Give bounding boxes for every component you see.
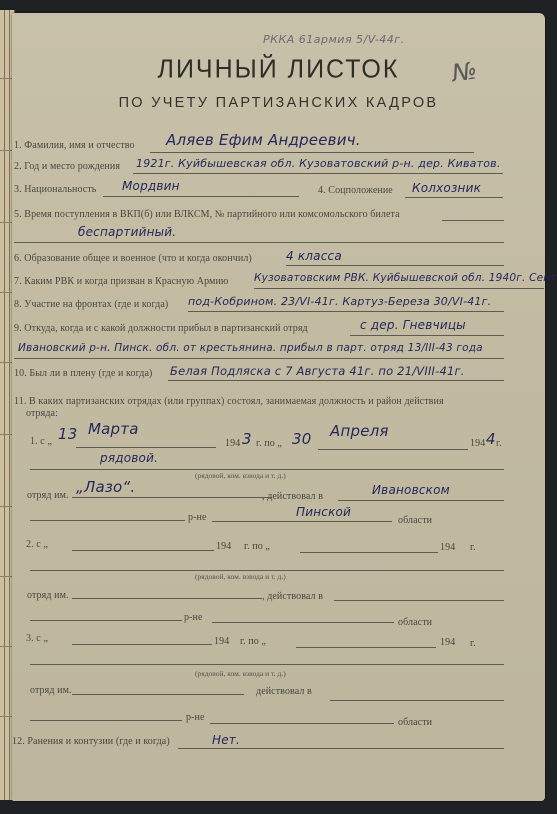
region-value: Пинской — [296, 505, 351, 519]
fill-line — [188, 311, 504, 312]
acted-in-value: Ивановском — [372, 483, 450, 497]
handwritten-value: Мордвин — [122, 179, 180, 193]
fill-line — [334, 600, 504, 601]
document-subtitle: ПО УЧЕТУ ПАРТИЗАНСКИХ КАДРОВ — [0, 95, 557, 111]
to-label: г. по „ — [256, 438, 282, 449]
year-end: г. — [470, 638, 476, 649]
position-value: рядовой. — [100, 451, 158, 465]
fill-line — [178, 748, 504, 749]
fill-line — [30, 620, 182, 621]
field-label: 7. Каким РВК и когда призван в Красную А… — [14, 276, 229, 287]
handwritten-value: Аляев Ефим Андреевич. — [166, 131, 361, 149]
year-suffix: 3 — [242, 430, 252, 448]
field-label: отряда: — [26, 408, 58, 419]
fill-line — [30, 469, 504, 470]
year-prefix: 194 — [440, 637, 455, 648]
detachment-label: отряд им. — [27, 490, 69, 501]
position-hint: (рядовой, ком. взвода и т. д.) — [195, 669, 286, 678]
fill-line — [133, 173, 503, 174]
fill-line — [442, 220, 504, 221]
handwritten-value: Белая Подляска с 7 Августа 41г. по 21/VI… — [170, 364, 465, 378]
year-suffix: 4 — [486, 430, 496, 448]
fill-line — [76, 447, 216, 448]
entry-number: 2. с „ — [26, 539, 48, 550]
year-prefix: 194 — [440, 542, 455, 553]
handwritten-value: Колхозник — [412, 181, 481, 195]
position-hint: (рядовой, ком. взвода и т. д.) — [195, 471, 286, 480]
detachment-label: отряд им. — [27, 590, 69, 601]
field-label: 4. Соцположение — [318, 185, 393, 196]
field-label: 2. Год и место рождения — [14, 161, 120, 172]
handwritten-value: под-Кобрином. 23/VI-41г. Картуз-Береза 3… — [188, 295, 491, 308]
fill-line — [72, 644, 212, 645]
acted-label: , действовал в — [262, 591, 323, 602]
fill-line — [72, 497, 272, 498]
handwritten-value: 1921г. Куйбышевская обл. Кузоватовский р… — [136, 157, 501, 170]
fill-line — [30, 720, 182, 721]
field-label: 3. Национальность — [14, 184, 96, 195]
fill-line — [72, 694, 244, 695]
year-prefix: 194 — [214, 636, 229, 647]
to-label: г. по „ — [240, 636, 266, 647]
fill-line — [330, 700, 504, 701]
fill-line — [14, 358, 504, 359]
acted-label: , действовал в — [262, 491, 323, 502]
fill-line — [212, 622, 394, 623]
field-label: 6. Образование общее и военное (что и ко… — [14, 253, 252, 264]
fill-line — [210, 723, 394, 724]
field-label: 9. Откуда, когда и с какой должности при… — [14, 323, 308, 334]
month-from: Марта — [88, 420, 139, 438]
fill-line — [338, 500, 504, 501]
field-label: 12. Ранения и контузии (где и когда) — [12, 736, 170, 747]
fill-line — [103, 196, 299, 197]
district-label: р-не — [188, 512, 207, 523]
day-to: 30 — [292, 430, 312, 448]
region-label: области — [398, 617, 432, 628]
field-label: 11. В каких партизанских отрядах (или гр… — [14, 396, 444, 407]
year-prefix: 194 — [225, 438, 240, 449]
fill-line — [150, 152, 474, 153]
field-label: 8. Участие на фронтах (где и когда) — [14, 299, 168, 310]
detachment-name: „Лазо“. — [76, 478, 135, 496]
fill-line — [286, 265, 504, 266]
year-prefix: 194 — [216, 541, 231, 552]
fill-line — [30, 570, 504, 571]
day-from: 13 — [58, 425, 78, 443]
fill-line — [300, 552, 438, 553]
fill-line — [212, 521, 392, 522]
document-title: ЛИЧНЫЙ ЛИСТОК — [0, 54, 557, 84]
field-label: 5. Время поступления в ВКП(б) или ВЛКСМ,… — [14, 209, 400, 220]
year-end: г. — [496, 438, 502, 449]
region-label: области — [398, 717, 432, 728]
fill-line — [318, 449, 468, 450]
archive-stamp: РККА 61армия 5/V-44г. — [263, 33, 405, 46]
handwritten-value: Ивановский р-н. Пинск. обл. от крестьяни… — [18, 342, 483, 354]
handwritten-value: Кузоватовским РВК. Куйбышевской обл. 194… — [254, 272, 557, 284]
field-label: 10. Был ли в плену (где и когда) — [14, 368, 152, 379]
month-to: Апреля — [330, 422, 389, 440]
handwritten-value: с дер. Гневчицы — [360, 318, 466, 332]
fill-line — [72, 598, 262, 599]
fill-line — [30, 520, 185, 521]
handwritten-value: 4 класса — [286, 249, 342, 263]
fill-line — [30, 664, 504, 665]
fill-line — [405, 197, 503, 198]
district-label: р-не — [186, 712, 205, 723]
district-label: р-не — [184, 612, 203, 623]
acted-label: действовал в — [256, 686, 312, 697]
fill-line — [72, 550, 214, 551]
year-end: г. — [470, 542, 476, 553]
detachment-label: отряд им. — [30, 685, 72, 696]
region-label: области — [398, 515, 432, 526]
position-hint: (рядовой, ком. взвода и т. д.) — [195, 572, 286, 581]
fill-line — [14, 242, 504, 243]
fill-line — [296, 647, 436, 648]
fill-line — [168, 380, 504, 381]
fill-line — [254, 288, 544, 289]
to-label: г. по „ — [244, 541, 270, 552]
entry-number: 3. с „ — [26, 633, 48, 644]
handwritten-value: Нет. — [212, 733, 240, 747]
year-prefix: 194 — [470, 438, 485, 449]
handwritten-value: беспартийный. — [78, 225, 176, 239]
entry-number: 1. с „ — [30, 436, 52, 447]
fill-line — [350, 335, 504, 336]
field-label: 1. Фамилия, имя и отчество — [14, 140, 135, 151]
